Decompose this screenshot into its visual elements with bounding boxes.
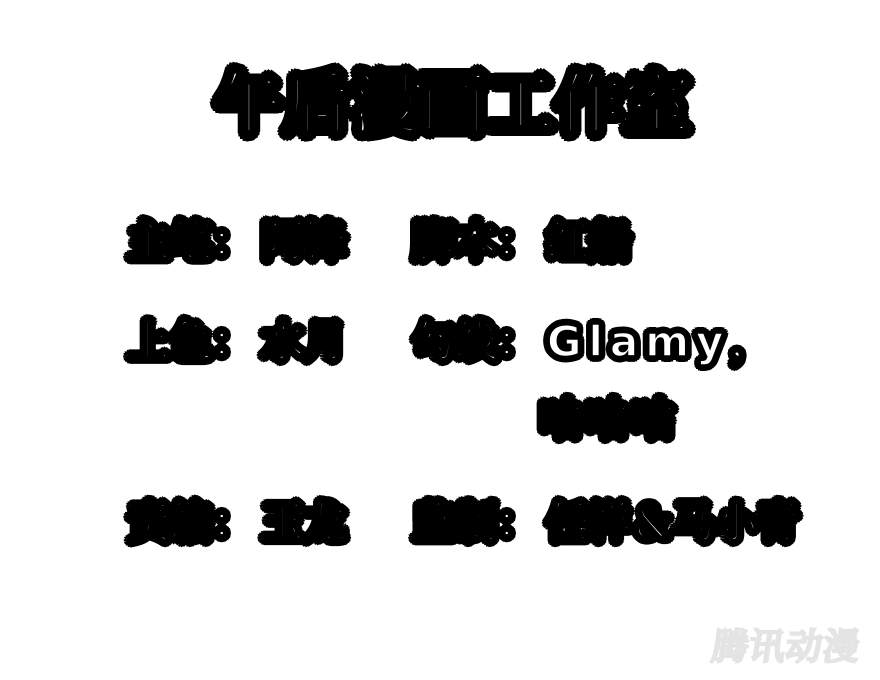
credit-coloring: 上色：水月 bbox=[128, 321, 346, 363]
credit-name-line2: 咕咕咕 bbox=[540, 395, 678, 444]
credit-lead-artist: 主笔：阿锋 bbox=[128, 221, 346, 263]
credit-name: 任祥＆马小青 bbox=[547, 498, 799, 547]
tencent-comics-watermark: 腾讯动漫 bbox=[709, 630, 862, 666]
comic-credits-page: 午后漫画工作室 主笔：阿锋 脚本：红船 上色：水月 勾线：Glamy， 咕咕咕 … bbox=[0, 0, 880, 680]
credit-name: Glamy， bbox=[547, 317, 779, 366]
credit-role-label: 脚本： bbox=[413, 217, 539, 266]
credit-role-label: 上色： bbox=[128, 317, 254, 366]
credit-lineart: 勾线：Glamy， bbox=[413, 321, 779, 363]
credit-name: 水月 bbox=[262, 317, 346, 366]
credit-editor: 责编：玉龙 bbox=[128, 502, 346, 544]
credit-role-label: 勾线： bbox=[413, 317, 539, 366]
credit-name: 阿锋 bbox=[262, 217, 346, 266]
credit-name: 红船 bbox=[547, 217, 631, 266]
credit-role-label: 主笔： bbox=[128, 217, 254, 266]
credit-supervisor: 监制：任祥＆马小青 bbox=[413, 502, 799, 544]
credit-role-label: 监制： bbox=[413, 498, 539, 547]
studio-title: 午后漫画工作室 bbox=[216, 72, 692, 138]
credit-lineart-line2: 咕咕咕 bbox=[540, 399, 678, 441]
credit-script: 脚本：红船 bbox=[413, 221, 631, 263]
credit-role-label: 责编： bbox=[128, 498, 254, 547]
credit-name: 玉龙 bbox=[262, 498, 346, 547]
